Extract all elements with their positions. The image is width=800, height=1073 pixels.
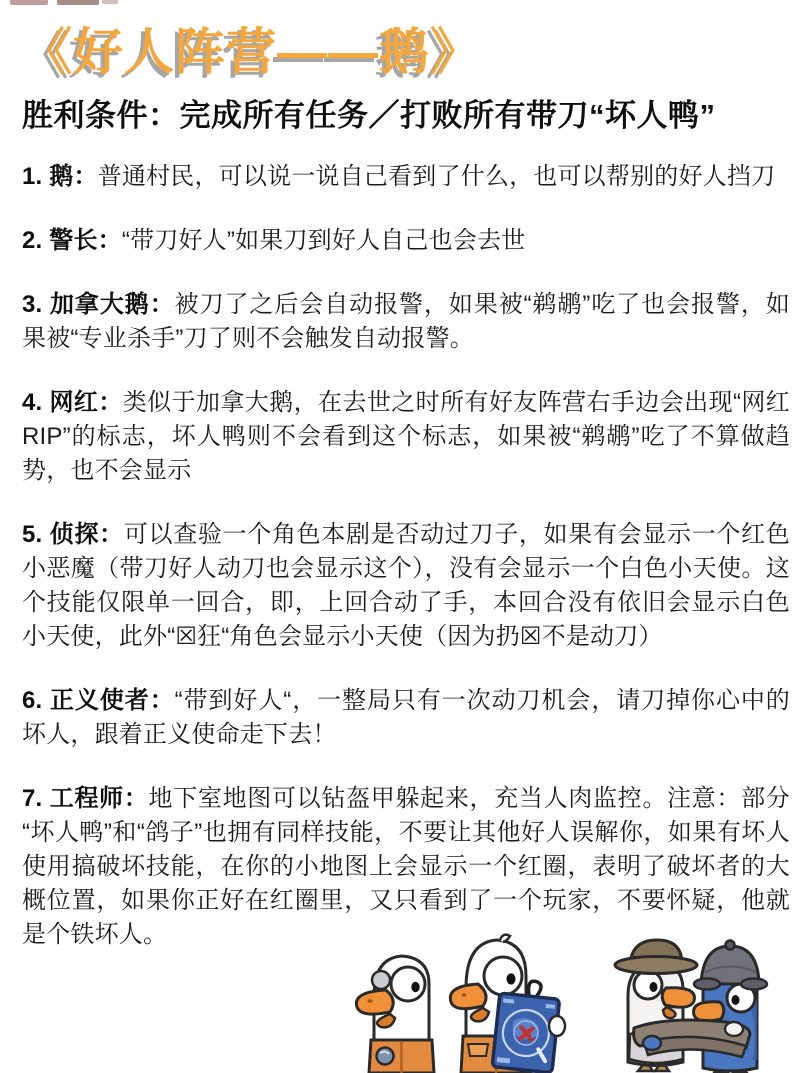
role-item-goose: 1. 鹅：普通村民，可以说一说自己看到了什么，也可以帮别的好人挡刀 [22, 160, 790, 194]
role-label: 7. 工程师： [22, 785, 149, 812]
role-text: 可以查验一个角色本剧是否动过刀子，如果有会显示一个红色小恶魔（带刀好人动刀也会显… [22, 521, 790, 650]
goose-beak [356, 990, 393, 1014]
note-page: { "page": { "title": "《好人阵营——鹅》", "subti… [0, 0, 800, 1073]
victory-condition-heading: 胜利条件：完成所有任务／打败所有带刀“坏人鸭” [22, 98, 792, 134]
goose-beak [662, 988, 694, 1007]
role-text: 类似于加拿大鹅，在去世之时所有好友阵营右手边会出现“网红RIP”的标志，坏人鸭则… [22, 389, 790, 484]
role-text: 普通村民，可以说一说自己看到了什么，也可以帮别的好人挡刀 [98, 163, 776, 190]
role-label: 6. 正义使者： [22, 687, 175, 714]
goose-hand [549, 1016, 565, 1036]
crew-geese-illustration [350, 932, 568, 1073]
suit-badge [377, 1048, 394, 1065]
goose-beak [450, 984, 486, 1009]
gripped-arms [634, 1020, 750, 1057]
page-title: 《好人阵营——鹅》 [22, 22, 800, 82]
role-label: 3. 加拿大鹅： [22, 291, 175, 318]
role-item-celebrity: 4. 网红：类似于加拿大鹅，在去世之时所有好友阵营右手边会出现“网红RIP”的标… [22, 386, 790, 488]
blue-hand [643, 1036, 661, 1050]
role-item-detective: 5. 侦探：可以查验一个角色本剧是否动过刀子，如果有会显示一个红色小恶魔（带刀好… [22, 518, 790, 654]
role-label: 5. 侦探： [22, 521, 124, 548]
role-label: 4. 网红： [22, 389, 123, 416]
role-list: 1. 鹅：普通村民，可以说一说自己看到了什么，也可以帮别的好人挡刀 2. 警长：… [22, 160, 790, 952]
hat-knob [726, 941, 735, 950]
role-item-vigilante: 6. 正义使者：“带到好人“，一整局只有一次动刀机会，请刀掉你心中的坏人，跟着正… [22, 684, 790, 752]
top-edge-artifact [57, 0, 99, 5]
role-text: “带刀好人”如果刀到好人自己也会去世 [122, 227, 526, 254]
fedora-brim [615, 957, 697, 974]
role-item-engineer: 7. 工程师：地下室地图可以钻盔甲躲起来，充当人肉监控。注意：部分“坏人鸭”和“… [22, 782, 790, 952]
goose-eye [484, 957, 522, 995]
role-label: 1. 鹅： [22, 163, 98, 190]
role-item-canadian-goose: 3. 加拿大鹅：被刀了之后会自动报警，如果被“鹈鹕”吃了也会报警，如果被“专业杀… [22, 288, 790, 356]
goose-eye [391, 967, 425, 1001]
head-patch [372, 971, 390, 989]
role-label: 2. 警长： [22, 227, 122, 254]
goose-eye [634, 971, 662, 999]
role-item-sheriff: 2. 警长：“带刀好人”如果刀到好人自己也会去世 [22, 224, 790, 258]
top-edge-artifact [102, 0, 118, 4]
duck-beak [694, 1002, 724, 1021]
white-hand [725, 1022, 743, 1036]
detective-geese-illustration [608, 930, 780, 1073]
crew-goose-left [356, 956, 434, 1073]
top-edge-artifact [10, 0, 48, 5]
